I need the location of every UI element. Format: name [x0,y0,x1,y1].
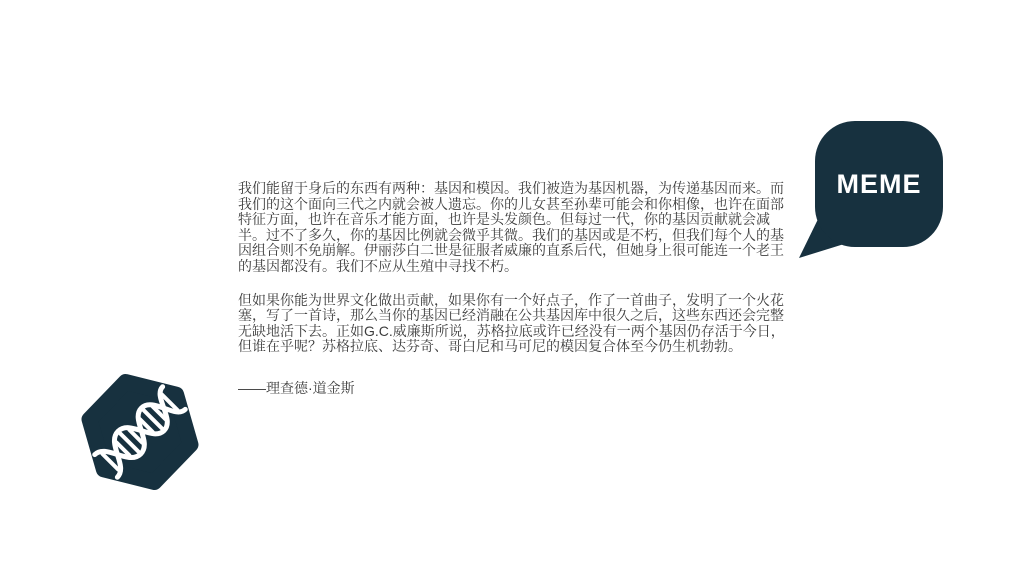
quote-line: 无缺地活下去。正如G.C.威廉斯所说，苏格拉底或许已经没有一两个基因仍存活于今日… [238,324,838,340]
quote-paragraph: 但如果你能为世界文化做出贡献，如果你有一个好点子，作了一首曲子，发明了一个火花塞… [238,293,838,355]
quote-paragraphs: 我们能留于身后的东西有两种：基因和模因。我们被造为基因机器，为传递基因而来。而我… [238,181,838,355]
quote-line: 因组合则不免崩解。伊丽莎白二世是征服者威廉的直系后代，但她身上很可能连一个老王 [238,243,838,259]
quote-line: 半。过不了多久，你的基因比例就会微乎其微。我们的基因或是不朽，但我们每个人的基 [238,228,838,244]
meme-speech-bubble: MEME [795,118,945,263]
quote-line: 的基因都没有。我们不应从生殖中寻找不朽。 [238,259,838,275]
quote-attribution: ——理查德·道金斯 [238,381,838,397]
meme-label: MEME [815,121,943,247]
quote-line: 塞，写了一首诗，那么当你的基因已经消融在公共基因库中很久之后，这些东西还会完整 [238,308,838,324]
presentation-slide: 我们能留于身后的东西有两种：基因和模因。我们被造为基因机器，为传递基因而来。而我… [0,0,1024,576]
quote-line: 我们能留于身后的东西有两种：基因和模因。我们被造为基因机器，为传递基因而来。而 [238,181,838,197]
quote-block: 我们能留于身后的东西有两种：基因和模因。我们被造为基因机器，为传递基因而来。而我… [238,181,838,397]
quote-line: 我们的这个面向三代之内就会被人遗忘。你的儿女甚至孙辈可能会和你相像，也许在面部 [238,197,838,213]
quote-paragraph: 我们能留于身后的东西有两种：基因和模因。我们被造为基因机器，为传递基因而来。而我… [238,181,838,275]
dna-hexagon-badge [66,360,214,504]
quote-line: 但如果你能为世界文化做出贡献，如果你有一个好点子，作了一首曲子，发明了一个火花 [238,293,838,309]
quote-line: 特征方面，也许在音乐才能方面，也许是头发颜色。但每过一代，你的基因贡献就会减 [238,212,838,228]
dna-icon [66,360,214,504]
quote-line: 但谁在乎呢？苏格拉底、达芬奇、哥白尼和马可尼的模因复合体至今仍生机勃勃。 [238,339,838,355]
